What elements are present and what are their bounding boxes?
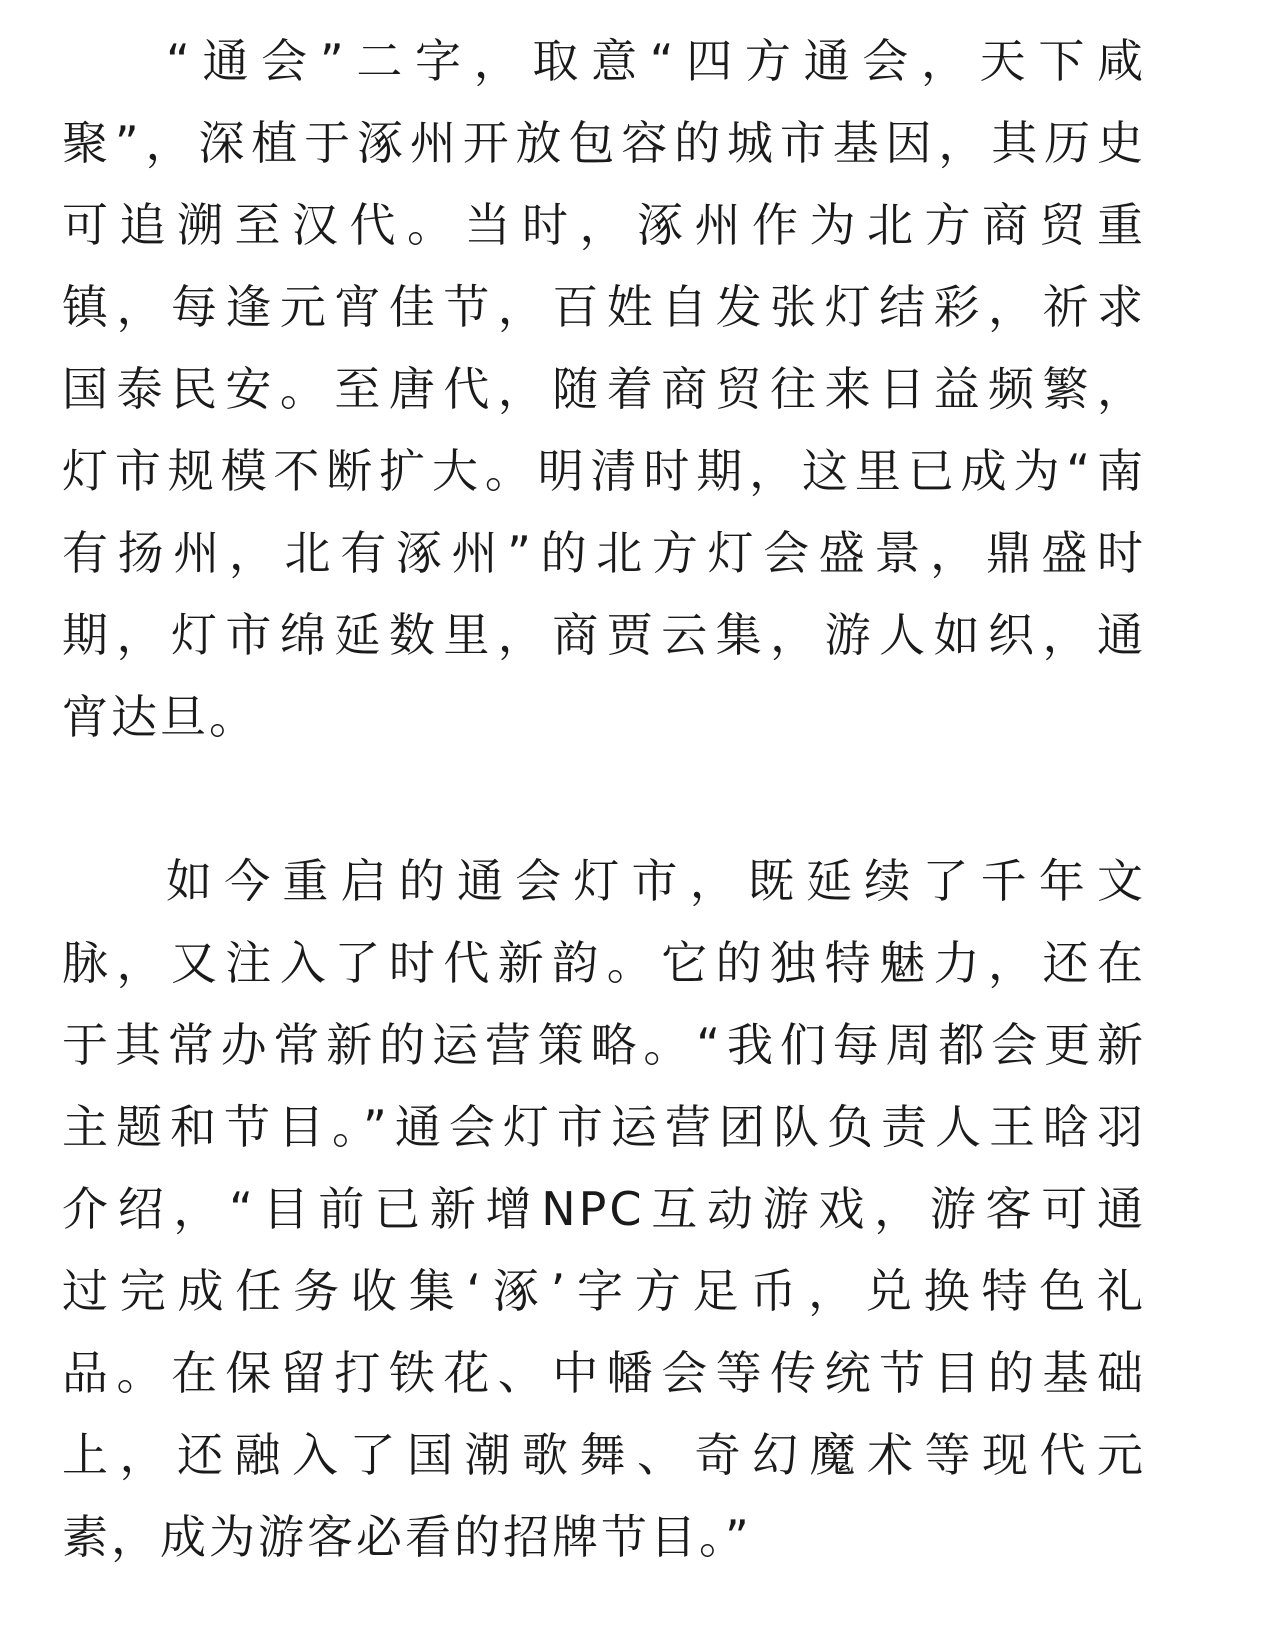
paragraph-history: “通会”二字，取意“四方通会，天下咸 聚”，深植于涿州开放包容的城市基因，其历史… bbox=[62, 20, 1146, 758]
text-line: 主题和节目。”通会灯市运营团队负责人王晗羽 bbox=[62, 1086, 1146, 1168]
text-line: 上，还融入了国潮歌舞、奇幻魔术等现代元 bbox=[62, 1414, 1146, 1496]
text-line: 有扬州，北有涿州”的北方灯会盛景，鼎盛时 bbox=[62, 512, 1146, 594]
paragraph-today: 如今重启的通会灯市，既延续了千年文 脉，又注入了时代新韵。它的独特魅力，还在 于… bbox=[62, 840, 1146, 1578]
text-line: 品。在保留打铁花、中幡会等传统节目的基础 bbox=[62, 1332, 1146, 1414]
text-line: 过完成任务收集‘涿’字方足币，兑换特色礼 bbox=[62, 1250, 1146, 1332]
text-line: 如今重启的通会灯市，既延续了千年文 bbox=[62, 840, 1146, 922]
text-line: “通会”二字，取意“四方通会，天下咸 bbox=[62, 20, 1146, 102]
text-line: 期，灯市绵延数里，商贾云集，游人如织，通 bbox=[62, 594, 1146, 676]
article-body: “通会”二字，取意“四方通会，天下咸 聚”，深植于涿州开放包容的城市基因，其历史… bbox=[62, 20, 1146, 1578]
text-line: 素，成为游客必看的招牌节目。” bbox=[62, 1496, 1146, 1578]
text-line: 灯市规模不断扩大。明清时期，这里已成为“南 bbox=[62, 430, 1146, 512]
text-line: 聚”，深植于涿州开放包容的城市基因，其历史 bbox=[62, 102, 1146, 184]
text-line: 可追溯至汉代。当时，涿州作为北方商贸重 bbox=[62, 184, 1146, 266]
text-line: 介绍，“目前已新增NPC互动游戏，游客可通 bbox=[62, 1168, 1146, 1250]
text-line: 国泰民安。至唐代，随着商贸往来日益频繁， bbox=[62, 348, 1146, 430]
text-line: 宵达旦。 bbox=[62, 676, 1146, 758]
text-line: 于其常办常新的运营策略。“我们每周都会更新 bbox=[62, 1004, 1146, 1086]
text-line: 脉，又注入了时代新韵。它的独特魅力，还在 bbox=[62, 922, 1146, 1004]
text-line: 镇，每逢元宵佳节，百姓自发张灯结彩，祈求 bbox=[62, 266, 1146, 348]
